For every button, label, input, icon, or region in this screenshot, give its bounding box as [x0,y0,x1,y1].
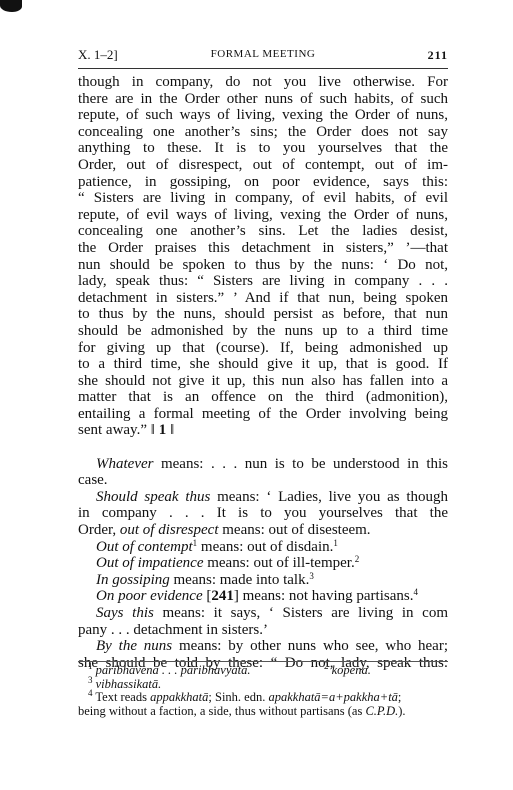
term-whatever: Whatever [96,456,153,472]
text-line: though in company, do not you live other… [78,74,448,91]
footnote-ref[interactable]: 1 [333,538,338,548]
footnote-2: kopena. [332,663,371,677]
footnote-ref[interactable]: 4 [413,587,418,597]
commentary-contempt: Out of contempt1 means: out of disdain.1 [78,539,448,556]
text-line: entailing a formal meeting of the Order … [78,406,448,423]
commentary-poor-evidence: On poor evidence [241] means: not having… [78,588,448,605]
text-line: nun should be spoken to thus by the nuns… [78,257,448,274]
footnote-ref[interactable]: 2 [355,554,360,564]
commentary-should-speak: Should speak thus means: ‘ Ladies, live … [78,489,448,539]
footnotes: 1 paribhavena . . . pāribhavyatā. 2 kope… [78,664,448,718]
header-rule [78,68,448,69]
commentary-impatience: Out of impatience means: out of ill-temp… [78,555,448,572]
footnote-4-continued: being without a faction, a side, thus wi… [78,705,448,719]
paragraph-gap [78,439,448,456]
text-line: the Order praises this detachment in sis… [78,240,448,257]
text-line: to thus by the nuns, should persist as b… [78,306,448,323]
footnote-rule [78,661,448,662]
ink-blot [0,0,22,12]
footnote-1-2-line: 1 paribhavena . . . pāribhavyatā. 2 kope… [78,664,448,678]
text-line: for giving up that (course). If, being a… [78,340,448,357]
running-title: FORMAL MEETING [78,48,448,60]
footnote-4: 4 Text reads appakkhatā; Sinh. edn. apak… [78,691,448,705]
footnote-ref[interactable]: 3 [309,571,314,581]
text-line: there are in the Order other nuns of suc… [78,91,448,108]
text-line: matter that is an offence on the third (… [78,389,448,406]
commentary-whatever: Whatever means: . . . nun is to be under… [78,456,448,489]
term-disrespect: out of disrespect [120,522,219,538]
text-line: detachment in sisters.” ’ And if that nu… [78,290,448,307]
text-line: she should not give it up, this nun also… [78,373,448,390]
text-line: should be admonished by the nuns up to a… [78,323,448,340]
text-line: anything to these. It is to you yourselv… [78,140,448,157]
running-header: X. 1–2] FORMAL MEETING 211 [78,47,448,63]
term-should-speak: Should speak thus [96,489,210,505]
rule-last-line: sent away.” ‖ 1 ‖ [78,422,448,439]
text-line: concealing one another’s sins; the Order… [78,124,448,141]
main-text: though in company, do not you live other… [78,74,448,671]
footnote-1: paribhavena . . . pāribhavyatā. [96,663,251,677]
text-line: concealing one another’s sins. Let the l… [78,223,448,240]
text-line: repute, of such ways of living, vexing t… [78,107,448,124]
text-line: lady, speak thus: “ Sisters are living i… [78,273,448,290]
text-line: patience, in gossiping, on poor evidence… [78,174,448,191]
rule-text-paragraph: though in company, do not you live other… [78,74,448,422]
text-line: Order, out of disrespect, out of contemp… [78,157,448,174]
text-line: repute, of evil ways of living, vexing t… [78,207,448,224]
commentary-says-this: Says this means: it says, ‘ Sisters are … [78,605,448,638]
page-ref: 241 [211,588,234,604]
commentary-gossiping: In gossiping means: made into talk.3 [78,572,448,589]
text-line: “ Sisters are living in company, of evil… [78,190,448,207]
text-line: to a third time, she should give it up, … [78,356,448,373]
footnote-3: 3 vibhassikatā. [78,678,448,692]
page-number: 211 [428,48,448,63]
